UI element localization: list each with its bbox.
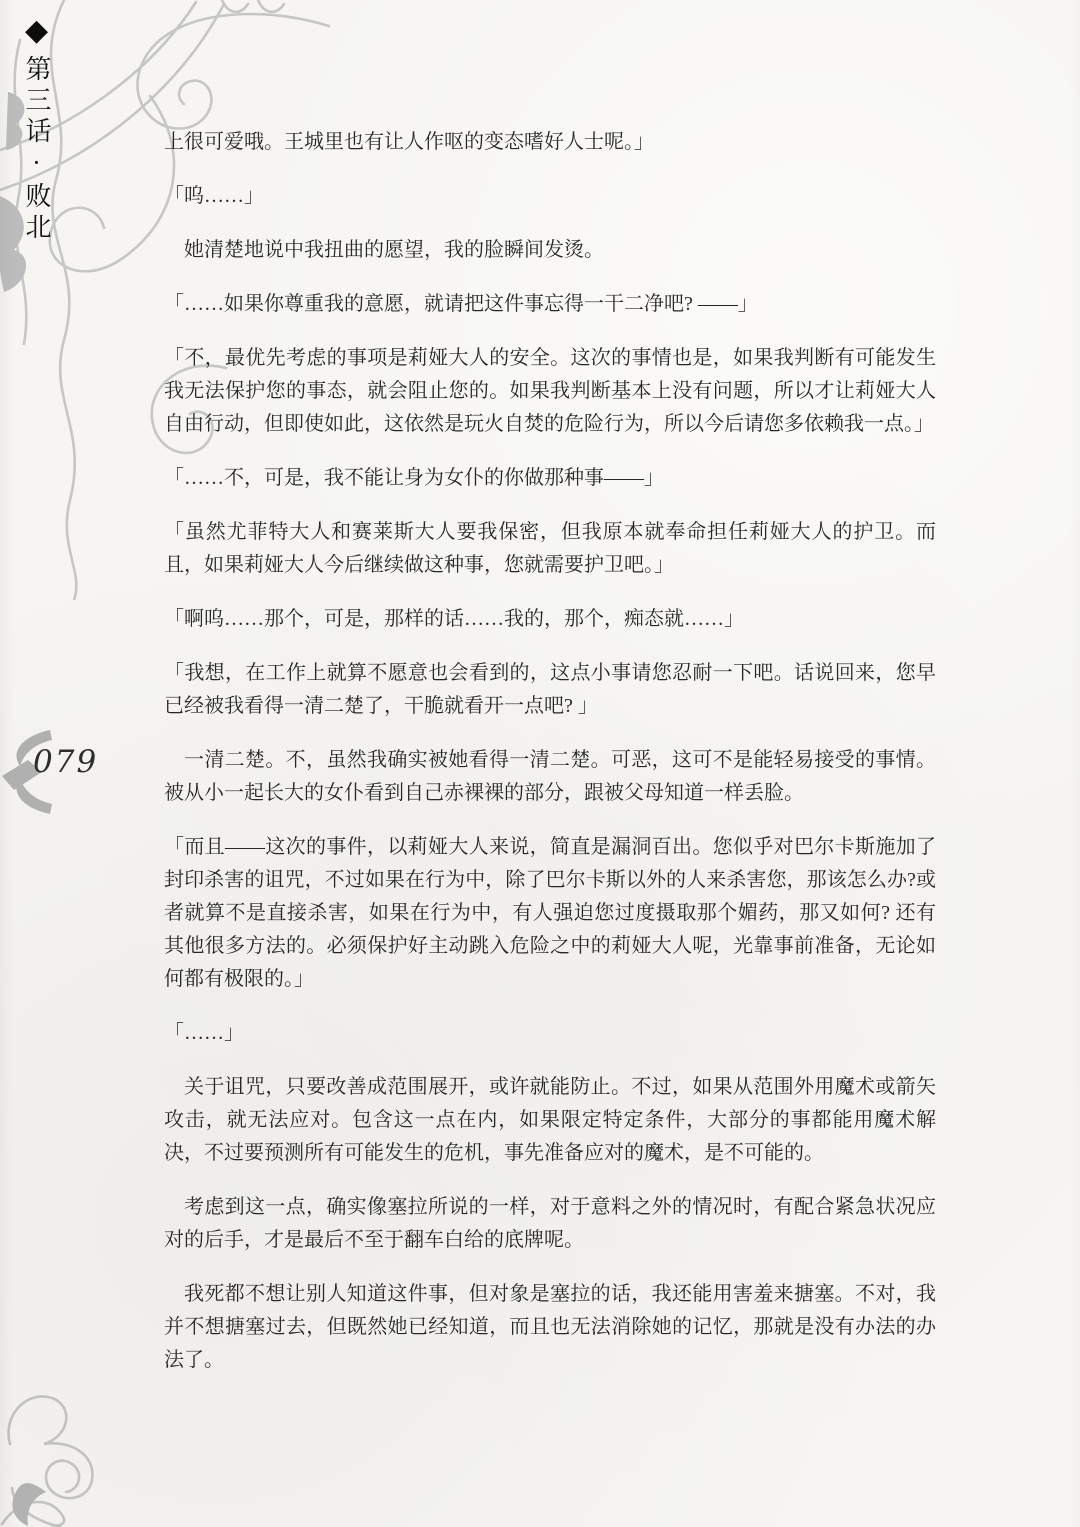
paragraph: 上很可爱哦。王城里也有让人作呕的变态嗜好人士呢。」 <box>164 126 936 159</box>
book-page: ◆ 第三话·败北 079 上很可爱哦。王城里也有让人作呕的变态嗜好人士呢。」「呜… <box>0 0 1080 1527</box>
paragraph: 一清二楚。不，虽然我确实被她看得一清二楚。可恶，这可不是能轻易接受的事情。被从小… <box>164 744 936 810</box>
paragraph: 考虑到这一点，确实像塞拉所说的一样，对于意料之外的情况时，有配合紧急状况应对的后… <box>164 1191 936 1257</box>
paragraph: 「呜……」 <box>164 180 936 213</box>
diamond-icon: ◆ <box>25 16 48 46</box>
chapter-heading: ◆ 第三话·败北 <box>18 16 55 244</box>
paragraph: 「啊呜……那个，可是，那样的话……我的，那个，痴态就……」 <box>164 603 936 636</box>
paragraph: 「……不，可是，我不能让身为女仆的你做那种事——」 <box>164 462 936 495</box>
paragraph: 「虽然尤菲特大人和赛莱斯大人要我保密，但我原本就奉命担任莉娅大人的护卫。而且，如… <box>164 516 936 582</box>
paragraph: 「不，最优先考虑的事项是莉娅大人的安全。这次的事情也是，如果我判断有可能发生我无… <box>164 342 936 441</box>
paragraph: 她清楚地说中我扭曲的愿望，我的脸瞬间发烫。 <box>164 234 936 267</box>
paragraph: 我死都不想让别人知道这件事，但对象是塞拉的话，我还能用害羞来搪塞。不对，我并不想… <box>164 1278 936 1377</box>
page-number: 079 <box>33 744 98 780</box>
flourish-ornament-bottom-left <box>0 1388 130 1527</box>
paragraph: 「……如果你尊重我的意愿，就请把这件事忘得一干二净吧? ——」 <box>164 288 936 321</box>
chapter-title: 第三话·败北 <box>18 55 55 244</box>
paragraph: 「……」 <box>164 1017 936 1050</box>
paragraph: 「而且——这次的事件，以莉娅大人来说，简直是漏洞百出。您似乎对巴尔卡斯施加了封印… <box>164 831 936 996</box>
body-text: 上很可爱哦。王城里也有让人作呕的变态嗜好人士呢。」「呜……」她清楚地说中我扭曲的… <box>164 126 936 1398</box>
paragraph: 「我想，在工作上就算不愿意也会看到的，这点小事请您忍耐一下吧。话说回来，您早已经… <box>164 657 936 723</box>
paragraph: 关于诅咒，只要改善成范围展开，或许就能防止。不过，如果从范围外用魔术或箭矢攻击，… <box>164 1071 936 1170</box>
